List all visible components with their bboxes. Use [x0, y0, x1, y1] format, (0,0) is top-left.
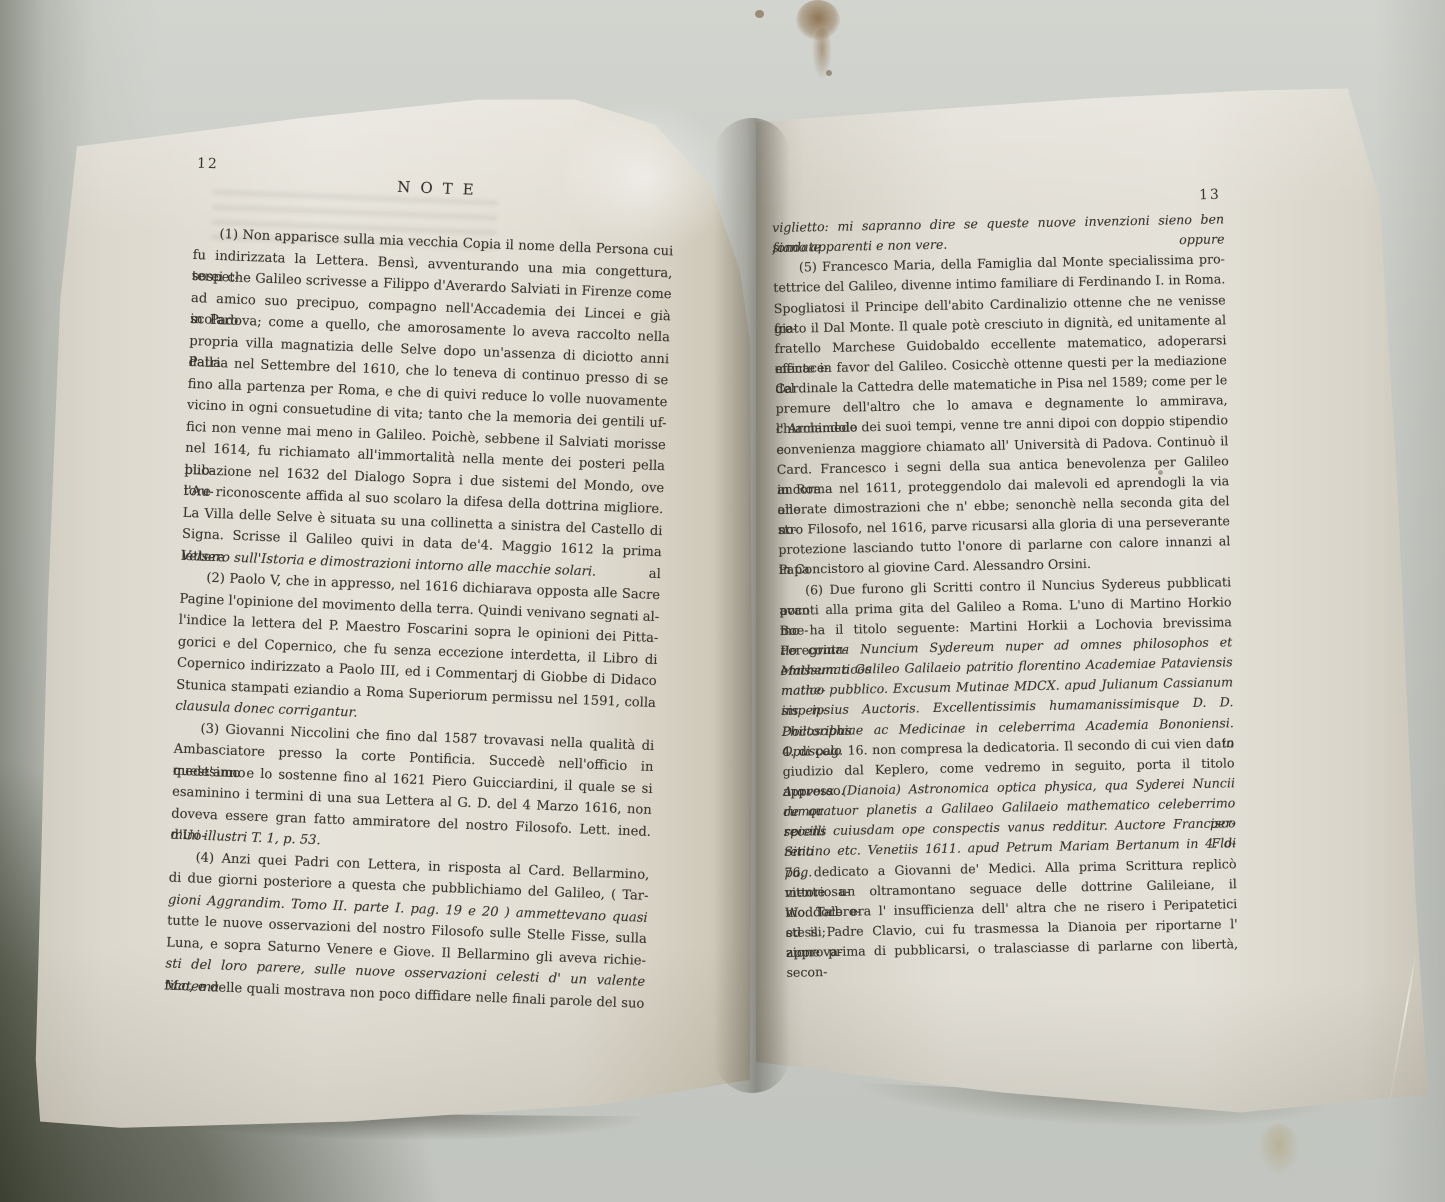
right-page-lines: viglietto: mi sapranno dire se queste nu… [772, 209, 1238, 963]
stain [1258, 1124, 1300, 1176]
book-photo: 12 13 NOTE (1) Non apparisce sulla mia v… [0, 0, 1445, 1202]
left-page-lines: (1) Non apparisce sulla mia vecchia Copi… [164, 223, 673, 1015]
right-page-number: 13 [1199, 187, 1221, 203]
left-page-text: NOTE (1) Non apparisce sulla mia vecchia… [164, 170, 675, 1015]
right-page-text: viglietto: mi sapranno dire se queste nu… [772, 209, 1238, 963]
speck [755, 10, 764, 18]
speck [826, 70, 832, 76]
speck [1158, 470, 1163, 475]
